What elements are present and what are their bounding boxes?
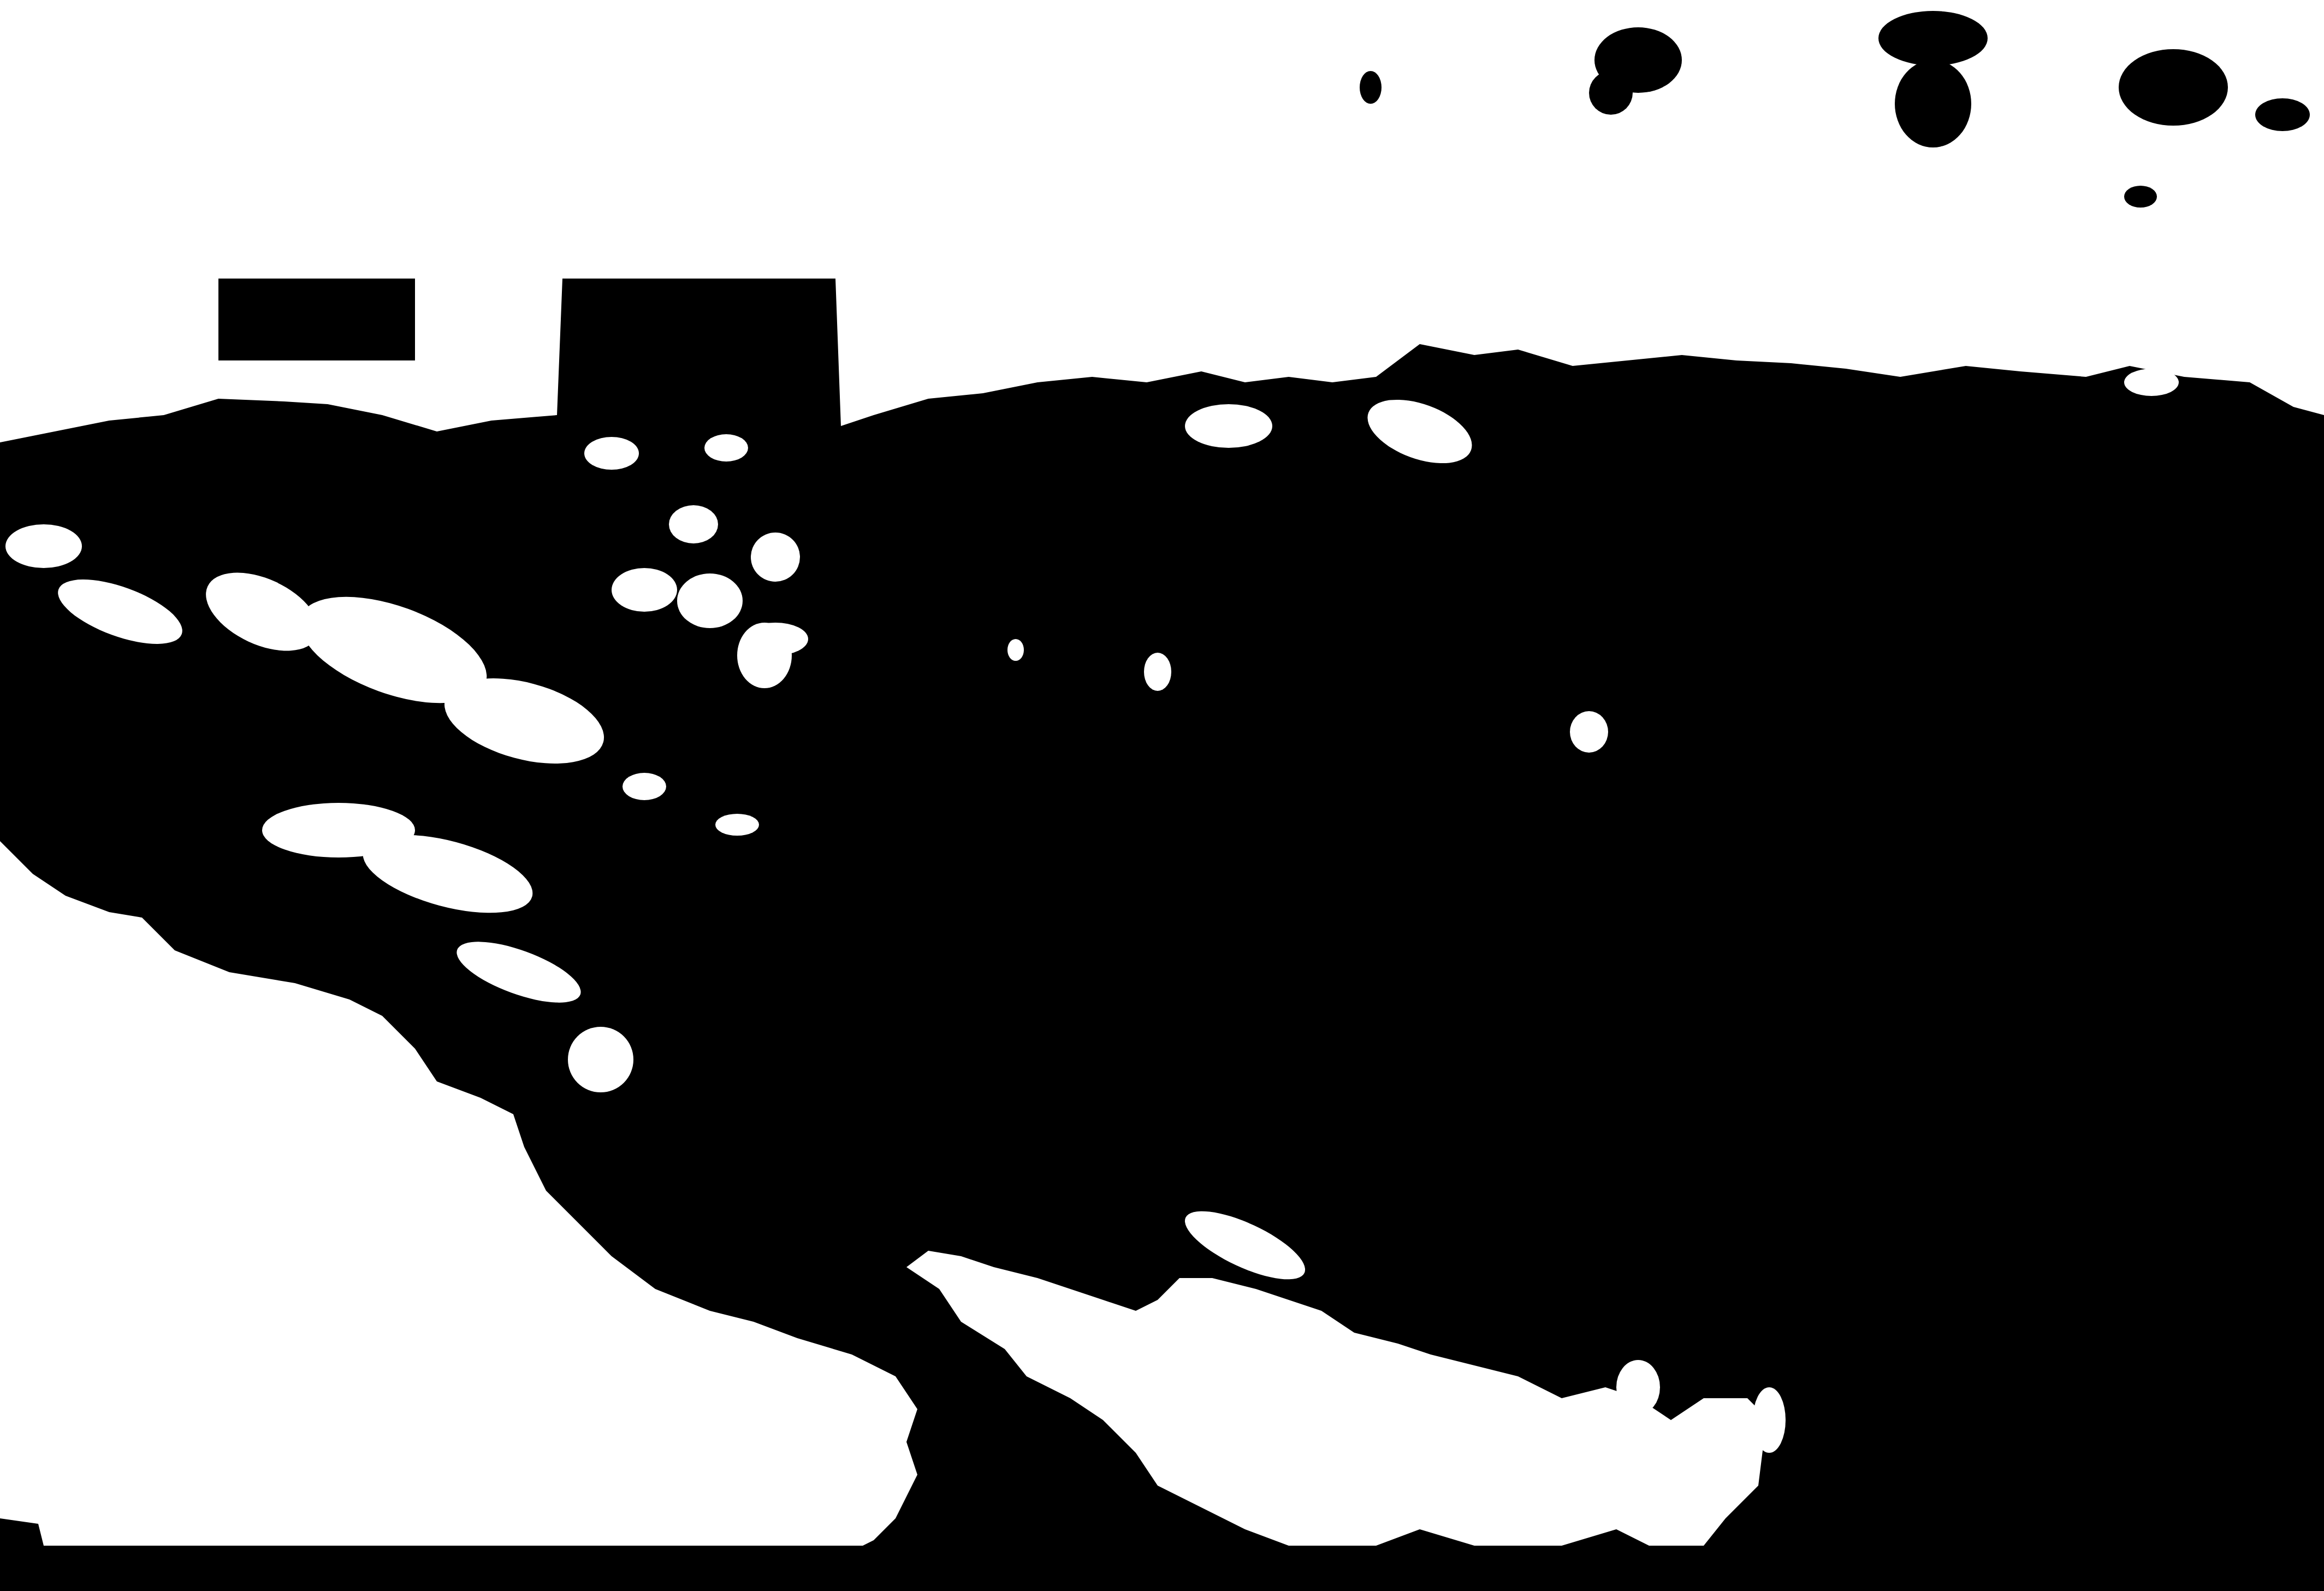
segmentation-mask bbox=[0, 0, 2324, 1591]
